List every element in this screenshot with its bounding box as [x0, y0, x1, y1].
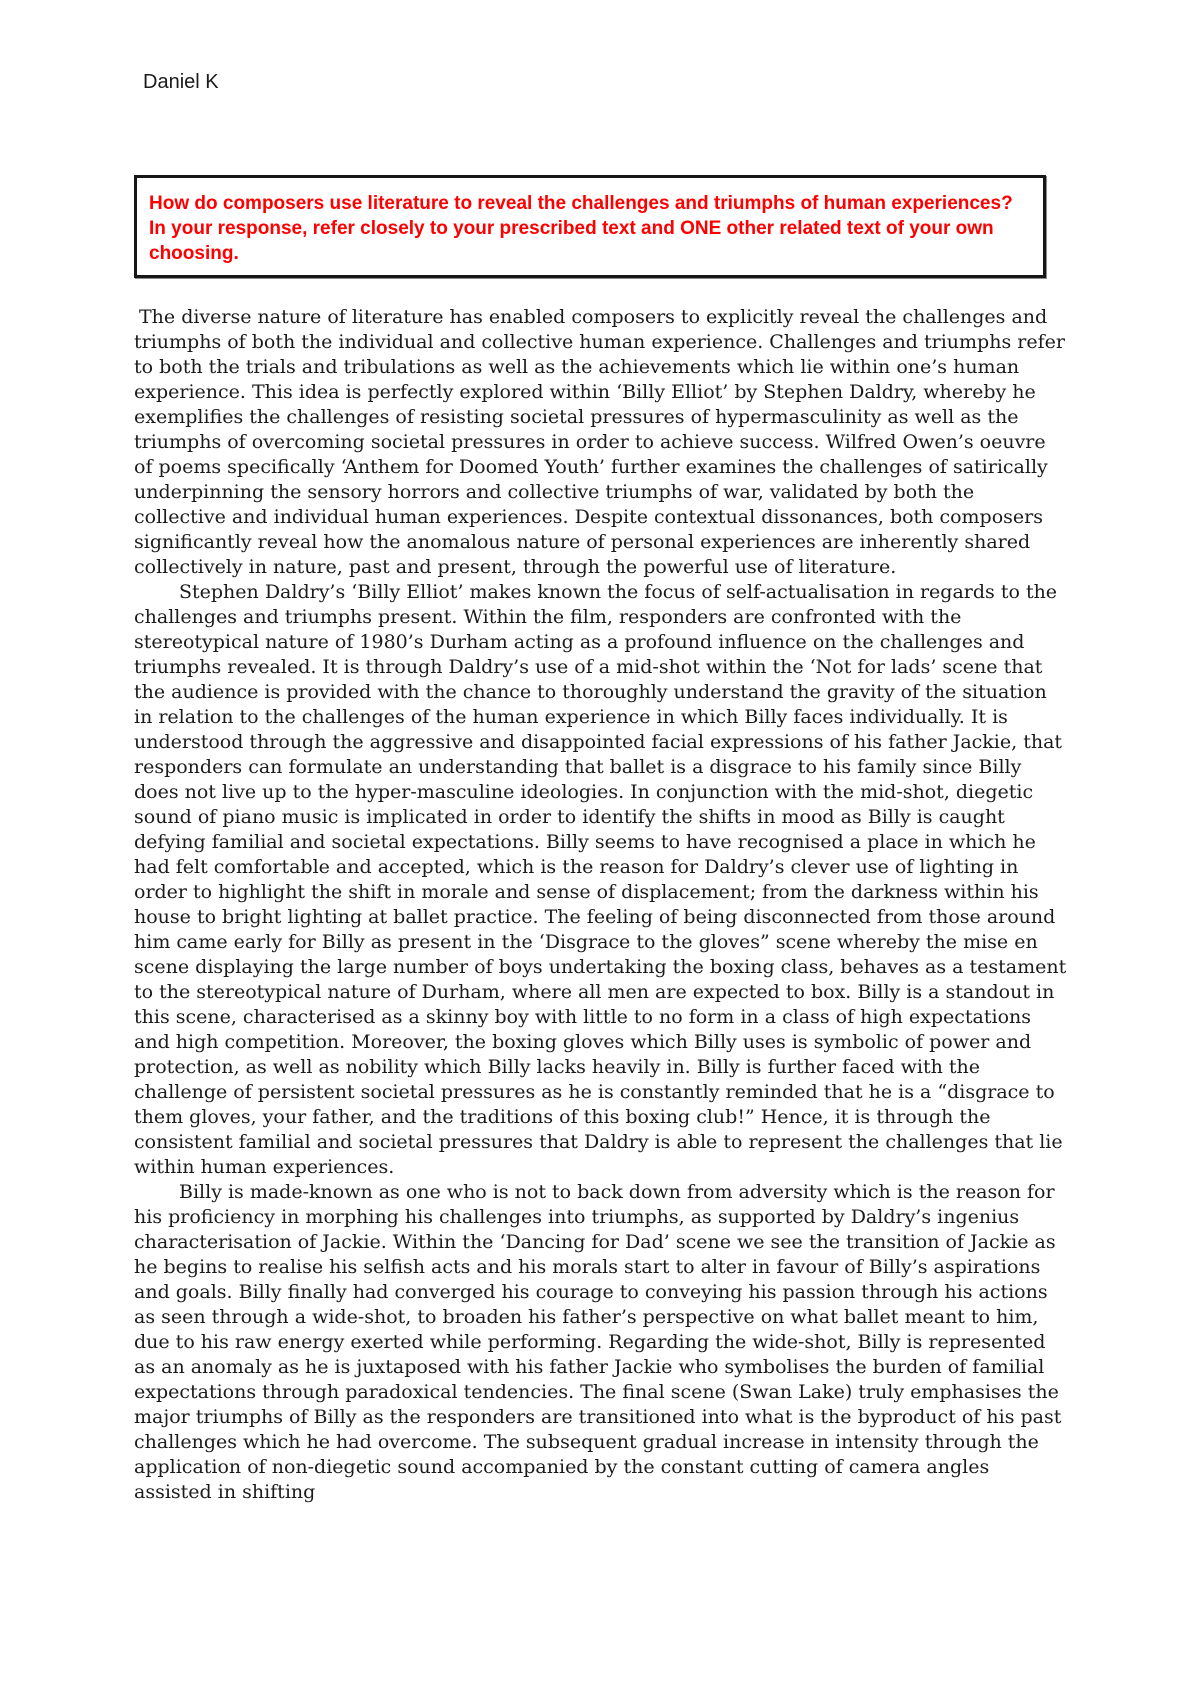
author-name: Daniel K: [143, 70, 219, 94]
essay-paragraph-body-1: Stephen Daldry’s ‘Billy Elliot’ makes kn…: [134, 580, 1070, 1180]
essay-paragraph-introduction: The diverse nature of literature has ena…: [134, 305, 1070, 580]
essay-question-text: How do composers use literature to revea…: [149, 191, 1031, 266]
document-page: Daniel K How do composers use literature…: [0, 0, 1200, 1698]
essay-paragraph-body-2: Billy is made-known as one who is not to…: [134, 1180, 1070, 1505]
essay-body: The diverse nature of literature has ena…: [134, 305, 1070, 1505]
essay-question-box: How do composers use literature to revea…: [134, 175, 1046, 278]
